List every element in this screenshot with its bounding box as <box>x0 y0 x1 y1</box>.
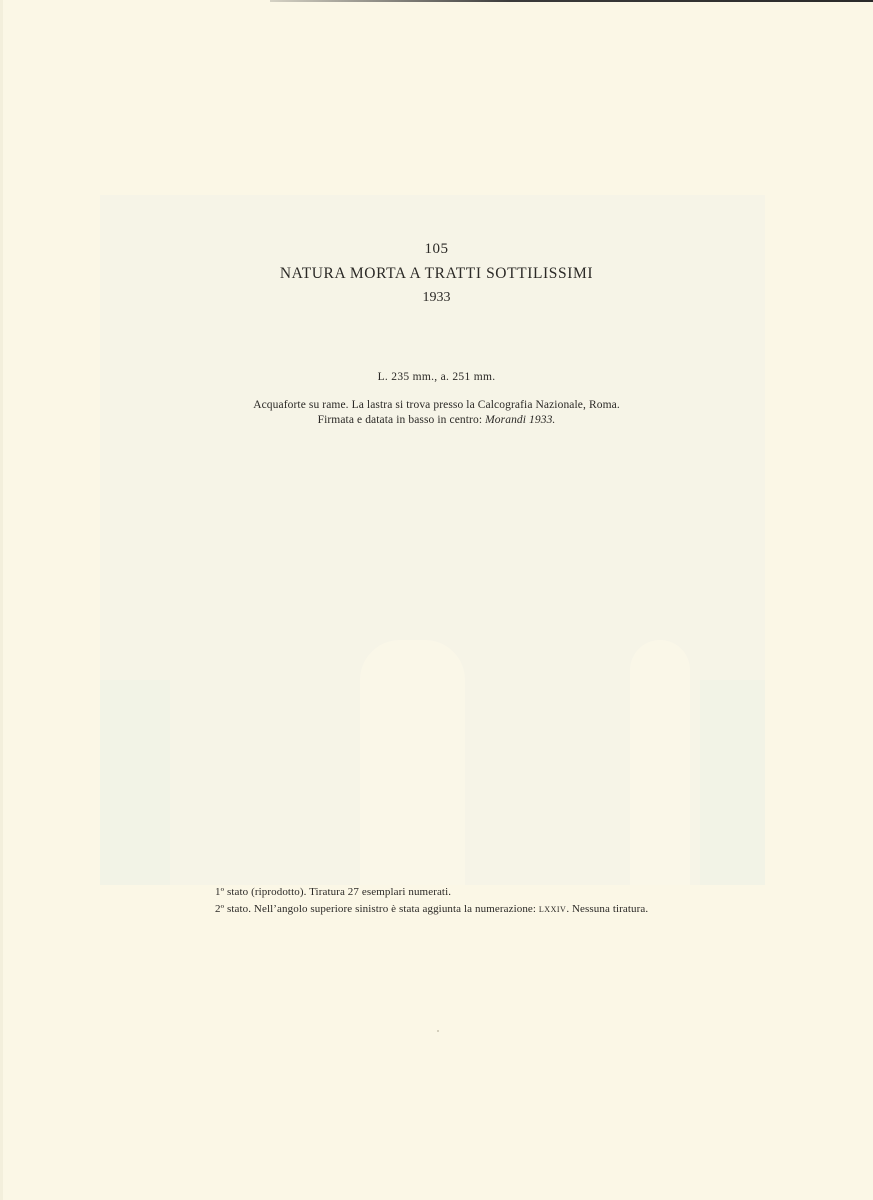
ghost-vase-shape <box>360 640 465 885</box>
plate-dimensions: L. 235 mm., a. 251 mm. <box>0 371 873 383</box>
ghost-right-shade <box>700 680 765 885</box>
technique-line: Acquaforte su rame. La lastra si trova p… <box>0 398 873 413</box>
signature-line: Firmata e datata in basso in centro: Mor… <box>0 413 873 428</box>
state-2: 2º stato. Nell’angolo superiore sinistro… <box>215 901 648 918</box>
ghost-left-shade <box>100 680 170 885</box>
plate-year: 1933 <box>0 290 873 306</box>
plate-title: NATURA MORTA A TRATTI SOTTILISSIMI <box>0 265 873 283</box>
page-left-edge <box>0 0 3 1200</box>
paper-speck <box>437 1030 439 1032</box>
state-1: 1º stato (riprodotto). Tiratura 27 esemp… <box>215 884 648 901</box>
state-2-prefix: 2º stato. Nell’angolo superiore sinistro… <box>215 903 539 915</box>
state-2-suffix: . Nessuna tiratura. <box>566 903 648 915</box>
signature-prefix: Firmata e datata in basso in centro: <box>318 414 486 426</box>
states-list: 1º stato (riprodotto). Tiratura 27 esemp… <box>215 884 648 918</box>
state-2-numeral: LXXIV <box>539 903 566 915</box>
plate-number: 105 <box>0 240 873 258</box>
ghost-bottle-shape <box>630 640 690 885</box>
page-top-edge-shadow <box>270 0 873 2</box>
plate-description: Acquaforte su rame. La lastra si trova p… <box>0 398 873 428</box>
plate-header: 105 NATURA MORTA A TRATTI SOTTILISSIMI 1… <box>0 240 873 306</box>
signature-italic: Morandi 1933. <box>485 414 555 426</box>
